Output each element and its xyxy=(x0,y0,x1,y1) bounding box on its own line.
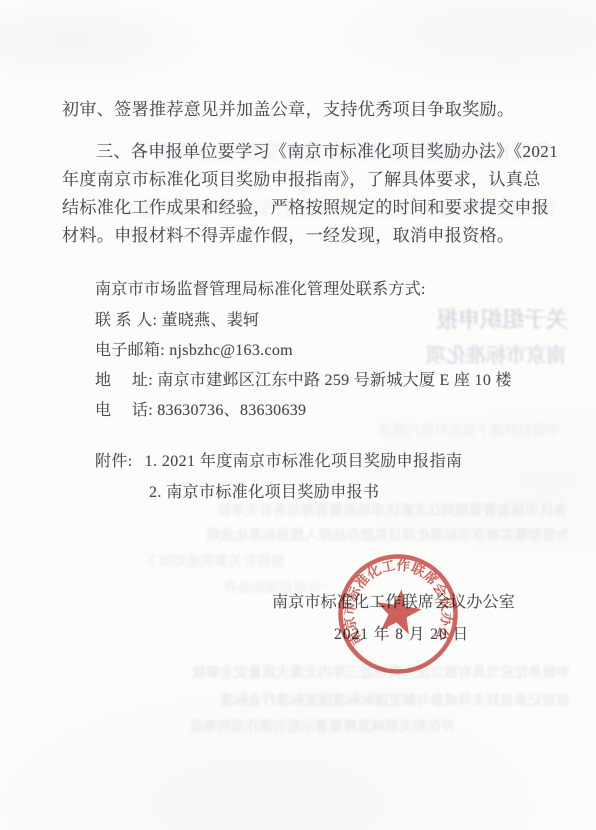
bleedthrough-line: 现将有关事项通知如下 xyxy=(35,551,285,571)
contact-person: 联 系 人: 董晓燕、裴轲 xyxy=(95,310,259,332)
attachment-item: 1. 2021 年度南京市标准化项目奖励申报指南 xyxy=(145,453,463,470)
body-text-line: 初审、签署推荐意见并加盖公章，支持优秀项目争取奖励。 xyxy=(62,99,514,121)
body-text-line: 结标准化工作成果和经验，严格按照规定的时间和要求提交申报 xyxy=(62,197,549,219)
attachments-line: 附件:1. 2021 年度南京市标准化项目奖励申报指南 xyxy=(95,451,462,473)
contact-phone: 电 话: 83630736、83630639 xyxy=(95,400,306,422)
official-seal: 南京市标准化工作联席会议办公室 xyxy=(330,546,466,682)
attachment-item: 2. 南京市标准化项目奖励申报书 xyxy=(149,482,379,504)
bleedthrough-line: 并在相关领域发挥显著示范引领作用的单位 xyxy=(35,716,455,736)
contact-email: 电子邮箱: njsbzhc@163.com xyxy=(95,340,293,362)
scanned-document-page: 各区市场监管局各相关单位切实加强组织领导 认真做好标准化项目奖励申报工作确保申报… xyxy=(0,0,596,830)
body-text-line: 材料。申报材料不得弄虚作假，一经发现，取消申报资格。 xyxy=(62,225,514,247)
attachments-label: 附件: xyxy=(95,453,133,470)
bleedthrough-line: 为贯彻落实南京市标准化项目奖励办法深入推进标准化战略 xyxy=(35,525,570,545)
signature-date: 2021 年 8 月 20 日 xyxy=(334,624,469,646)
seal-ring xyxy=(341,557,456,672)
bleedthrough-line: 申报材料请于规定时间内报送 xyxy=(40,420,560,440)
bleedthrough-line: 关于组织申报 xyxy=(418,303,568,334)
contact-address: 地 址: 南京市建邺区江东中路 259 号新城大厦 E 座 10 楼 xyxy=(95,370,512,392)
bleedthrough-line: 信用记录良好主导或参与制定国际标准国家标准行业标准 xyxy=(45,690,570,710)
body-text-line: 三、各申报单位要学习《南京市标准化项目奖励办法》《2021 xyxy=(96,141,558,163)
bleedthrough-line: 南京市标准化项 xyxy=(388,339,566,368)
contact-heading: 南京市市场监督管理局标准化管理处联系方式: xyxy=(95,279,426,301)
bleedthrough-line: 申报单位应当具有独立法人资格近三年内无重大质量安全事故 xyxy=(35,662,570,682)
body-text-line: 年度南京市标准化项目奖励申报指南》，了解具体要求，认真总 xyxy=(62,169,541,191)
signature-org: 南京市标准化工作联席会议办公室 xyxy=(272,592,515,614)
